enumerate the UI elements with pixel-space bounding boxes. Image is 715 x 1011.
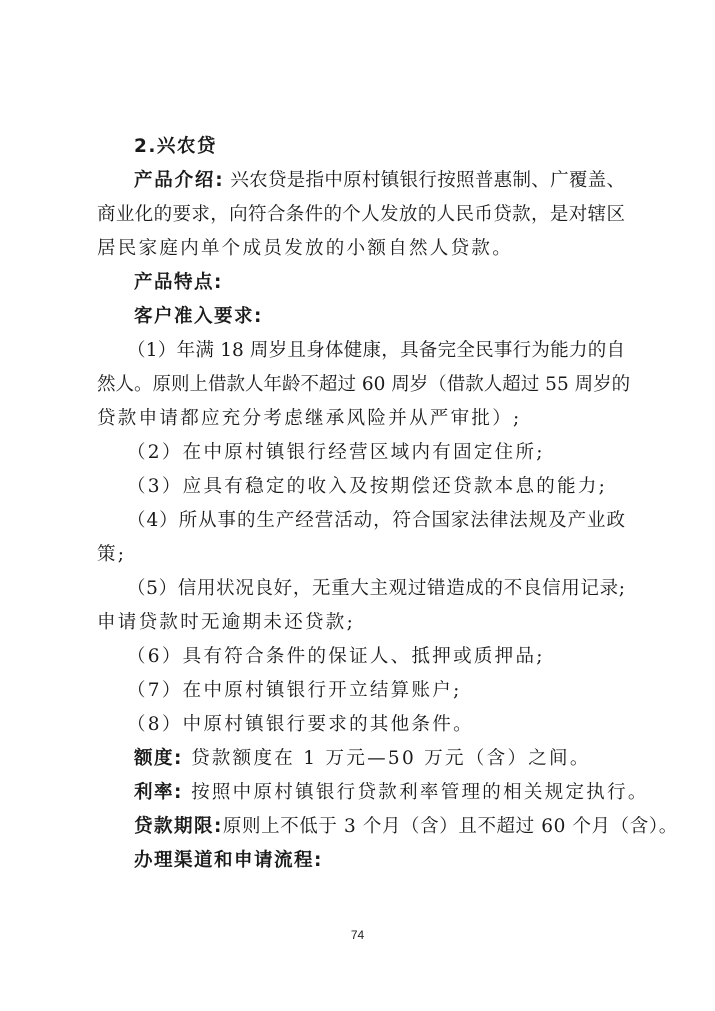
requirement-4-line-1: （4）所从事的生产经营活动，符合国家法律法规及产业政	[97, 504, 625, 538]
amount-row: 额度: 贷款额度在 1 万元—50 万元（含）之间。	[97, 742, 625, 776]
intro-text-1: 兴农贷是指中原村镇银行按照普惠制、广覆盖、	[224, 170, 625, 191]
requirement-text: （4）所从事的生产经营活动，符合国家法律法规及产业政	[127, 510, 625, 531]
rate-text: 按照中原村镇银行贷款利率管理的相关规定执行。	[183, 782, 649, 803]
intro-line-2: 商业化的要求，向符合条件的个人发放的人民币贷款，是对辖区	[97, 198, 625, 232]
requirement-text: 然人。原则上借款人年龄不超过 60 周岁（借款人超过 55 周岁的	[97, 374, 630, 395]
process-label: 办理渠道和申请流程:	[134, 850, 323, 871]
requirement-8: （8）中原村镇银行要求的其他条件。	[97, 708, 625, 742]
intro-label: 产品介绍:	[134, 170, 224, 191]
term-text: 原则上不低于 3 个月（含）且不超过 60 个月（含）。	[223, 816, 678, 837]
requirement-text: （1）年满 18 周岁且身体健康，具备完全民事行为能力的自	[127, 340, 625, 361]
rate-label: 利率:	[134, 782, 183, 803]
amount-text: 贷款额度在 1 万元—50 万元（含）之间。	[183, 748, 591, 769]
requirement-text: （8）中原村镇银行要求的其他条件。	[127, 714, 474, 735]
requirements-heading: 客户准入要求:	[97, 300, 625, 334]
term-label: 贷款期限:	[134, 816, 223, 837]
document-page: 2.兴农贷 产品介绍: 兴农贷是指中原村镇银行按照普惠制、广覆盖、 商业化的要求…	[97, 130, 625, 878]
requirement-text: 申请贷款时无逾期未还贷款;	[97, 612, 355, 633]
requirement-text: 贷款申请都应充分考虑继承风险并从严审批）;	[97, 408, 522, 429]
term-row: 贷款期限:原则上不低于 3 个月（含）且不超过 60 个月（含）。	[97, 810, 625, 844]
requirement-7: （7）在中原村镇银行开立结算账户;	[97, 674, 625, 708]
requirement-1-line-2: 然人。原则上借款人年龄不超过 60 周岁（借款人超过 55 周岁的	[97, 368, 625, 402]
requirement-6: （6）具有符合条件的保证人、抵押或质押品;	[97, 640, 625, 674]
requirement-text: 策;	[97, 544, 126, 565]
requirement-2: （2）在中原村镇银行经营区域内有固定住所;	[97, 436, 625, 470]
requirement-4-line-2: 策;	[97, 538, 625, 572]
requirement-5-line-2: 申请贷款时无逾期未还贷款;	[97, 606, 625, 640]
features-label: 产品特点:	[134, 272, 223, 293]
features-heading: 产品特点:	[97, 266, 625, 300]
requirement-text: （7）在中原村镇银行开立结算账户;	[127, 680, 462, 701]
requirements-label: 客户准入要求:	[134, 306, 263, 327]
requirement-5-line-1: （5）信用状况良好，无重大主观过错造成的不良信用记录;	[97, 572, 625, 606]
requirement-text: （2）在中原村镇银行经营区域内有固定住所;	[127, 442, 545, 463]
section-title: 2.兴农贷	[97, 130, 625, 164]
requirement-text: （3）应具有稳定的收入及按期偿还贷款本息的能力;	[127, 476, 607, 497]
intro-line-1: 产品介绍: 兴农贷是指中原村镇银行按照普惠制、广覆盖、	[97, 164, 625, 198]
rate-row: 利率: 按照中原村镇银行贷款利率管理的相关规定执行。	[97, 776, 625, 810]
intro-text-2: 商业化的要求，向符合条件的个人发放的人民币贷款，是对辖区	[97, 204, 625, 225]
page-number: 74	[0, 928, 715, 942]
process-heading: 办理渠道和申请流程:	[97, 844, 625, 878]
requirement-text: （6）具有符合条件的保证人、抵押或质押品;	[127, 646, 545, 667]
requirement-1-line-3: 贷款申请都应充分考虑继承风险并从严审批）;	[97, 402, 625, 436]
intro-text-3: 居民家庭内单个成员发放的小额自然人贷款。	[97, 238, 513, 259]
amount-label: 额度:	[134, 748, 183, 769]
requirement-1-line-1: （1）年满 18 周岁且身体健康，具备完全民事行为能力的自	[97, 334, 625, 368]
requirement-3: （3）应具有稳定的收入及按期偿还贷款本息的能力;	[97, 470, 625, 504]
intro-line-3: 居民家庭内单个成员发放的小额自然人贷款。	[97, 232, 625, 266]
requirement-text: （5）信用状况良好，无重大主观过错造成的不良信用记录;	[127, 578, 625, 599]
section-title-text: 2.兴农贷	[134, 136, 217, 157]
